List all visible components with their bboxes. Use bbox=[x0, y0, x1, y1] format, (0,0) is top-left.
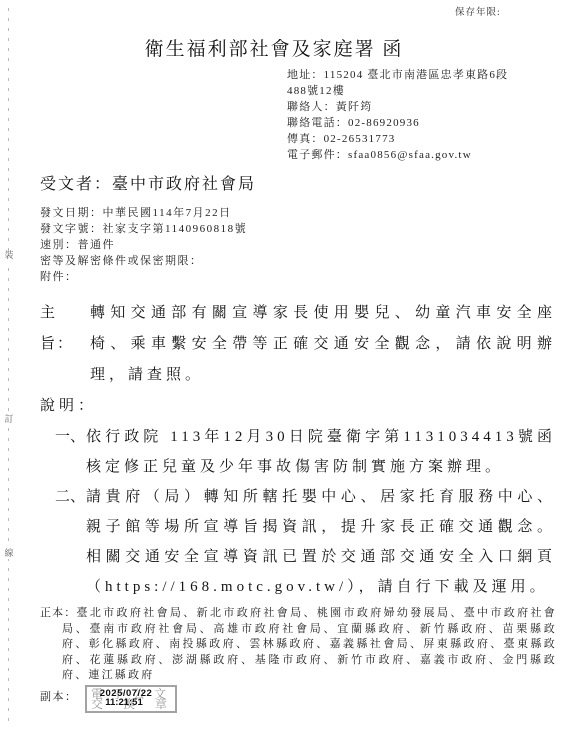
agency-contact-person: 聯絡人：黃阡筠 bbox=[287, 99, 567, 115]
item-2-text: 請貴府（局）轉知所轄托嬰中心、居家托育服務中心、親子館等場所宣導旨揭資訊，提升家… bbox=[86, 482, 556, 602]
subject-label: 主旨： bbox=[40, 298, 90, 391]
item-1-number: 一、 bbox=[55, 422, 86, 482]
document-page: 裝 訂 線 保存年限: 衛生福利部社會及家庭署 函 地址：115204 臺北市南… bbox=[0, 0, 576, 734]
agency-info-block: 地址：115204 臺北市南港區忠孝東路6段 488號12樓 聯絡人：黃阡筠 聯… bbox=[287, 67, 567, 163]
binding-mark-ding: 訂 bbox=[3, 414, 15, 425]
original-copy-list: 臺北市政府社會局、新北市政府社會局、桃園市政府婦幼發展局、臺中市政府社會局、臺南… bbox=[62, 607, 557, 681]
recipient-line: 受文者：臺中市政府社會局 bbox=[40, 171, 256, 194]
document-title: 衛生福利部社會及家庭署 函 bbox=[0, 34, 576, 61]
subject-text: 轉知交通部有關宣導家長使用嬰兒、幼童汽車安全座椅、乘車繫安全帶等正確交通安全觀念… bbox=[90, 298, 556, 391]
binding-dashed-line bbox=[8, 8, 9, 728]
agency-address-line2: 488號12樓 bbox=[287, 83, 567, 99]
agency-email: 電子郵件：sfaa0856@sfaa.gov.tw bbox=[287, 147, 567, 163]
agency-address-line1: 地址：115204 臺北市南港區忠孝東路6段 bbox=[287, 67, 567, 83]
electronic-exchange-stamp: 電子公文 交換章 2025/07/22 11:21:51 bbox=[85, 685, 177, 713]
description-item-1: 一、 依行政院 113年12月30日院臺衛字第1131034413號函核定修正兒… bbox=[55, 422, 556, 482]
issue-date-line: 發文日期：中華民國114年7月22日 bbox=[40, 205, 247, 221]
agency-phone: 聯絡電話：02-86920936 bbox=[287, 115, 567, 131]
meta-block: 發文日期：中華民國114年7月22日 發文字號：社家支字第1140960818號… bbox=[40, 205, 247, 285]
item-2-number: 二、 bbox=[55, 482, 86, 602]
retention-period-label: 保存年限: bbox=[455, 4, 501, 18]
description-label: 說明： bbox=[40, 391, 556, 422]
agency-fax: 傳真：02-26531773 bbox=[287, 131, 567, 147]
classification-line: 密等及解密條件或保密期限： bbox=[40, 253, 247, 269]
issue-number-line: 發文字號：社家支字第1140960818號 bbox=[40, 221, 247, 237]
subject-paragraph: 主旨： 轉知交通部有關宣導家長使用嬰兒、幼童汽車安全座椅、乘車繫安全帶等正確交通… bbox=[40, 298, 556, 391]
cc-copy-label: 副本： bbox=[40, 688, 78, 704]
description-items: 一、 依行政院 113年12月30日院臺衛字第1131034413號函核定修正兒… bbox=[55, 422, 556, 602]
item-1-text: 依行政院 113年12月30日院臺衛字第1131034413號函核定修正兒童及少… bbox=[86, 422, 556, 482]
original-copy-block: 正本：臺北市政府社會局、新北市政府社會局、桃園市政府婦幼發展局、臺中市政府社會局… bbox=[40, 606, 557, 684]
binding-mark-zhuang: 裝 bbox=[3, 250, 15, 261]
letter-body: 主旨： 轉知交通部有關宣導家長使用嬰兒、幼童汽車安全座椅、乘車繫安全帶等正確交通… bbox=[40, 298, 556, 602]
stamp-time: 11:21:51 bbox=[87, 697, 161, 708]
priority-line: 速別：普通件 bbox=[40, 237, 247, 253]
attachment-line: 附件： bbox=[40, 269, 247, 285]
binding-mark-xian: 線 bbox=[3, 548, 15, 559]
original-copy-label: 正本： bbox=[40, 607, 76, 619]
description-item-2: 二、 請貴府（局）轉知所轄托嬰中心、居家托育服務中心、親子館等場所宣導旨揭資訊，… bbox=[55, 482, 556, 602]
